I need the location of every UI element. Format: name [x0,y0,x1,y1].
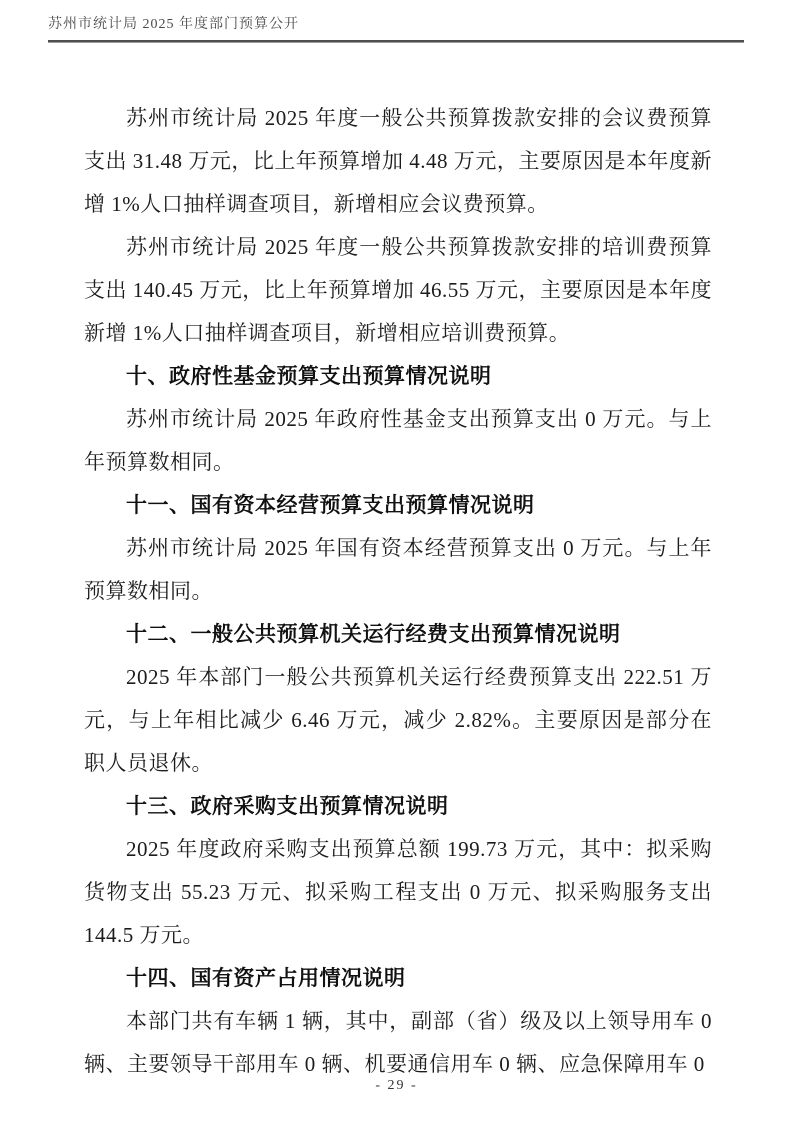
section-heading: 十、政府性基金预算支出预算情况说明 [84,355,712,398]
document-body: 苏州市统计局 2025 年度一般公共预算拨款安排的会议费预算支出 31.48 万… [84,97,712,1086]
body-paragraph: 苏州市统计局 2025 年政府性基金支出预算支出 0 万元。与上年预算数相同。 [84,398,712,484]
section-heading: 十三、政府采购支出预算情况说明 [84,785,712,828]
section-heading: 十一、国有资本经营预算支出预算情况说明 [84,484,712,527]
page-number: - 29 - [375,1078,417,1093]
page-header: 苏州市统计局 2025 年度部门预算公开 [48,13,745,33]
document-page: 苏州市统计局 2025 年度部门预算公开 苏州市统计局 2025 年度一般公共预… [0,0,793,1122]
body-paragraph: 苏州市统计局 2025 年度一般公共预算拨款安排的培训费预算支出 140.45 … [84,226,712,355]
header-rule [48,40,744,43]
section-heading: 十二、一般公共预算机关运行经费支出预算情况说明 [84,613,712,656]
body-paragraph: 本部门共有车辆 1 辆，其中，副部（省）级及以上领导用车 0 辆、主要领导干部用… [84,1000,712,1086]
body-paragraph: 2025 年本部门一般公共预算机关运行经费预算支出 222.51 万元，与上年相… [84,656,712,785]
page-header-title: 苏州市统计局 2025 年度部门预算公开 [48,17,299,32]
body-paragraph: 苏州市统计局 2025 年国有资本经营预算支出 0 万元。与上年预算数相同。 [84,527,712,613]
body-paragraph: 苏州市统计局 2025 年度一般公共预算拨款安排的会议费预算支出 31.48 万… [84,97,712,226]
page-footer: - 29 - [0,1076,793,1094]
body-paragraph: 2025 年度政府采购支出预算总额 199.73 万元，其中：拟采购货物支出 5… [84,828,712,957]
section-heading: 十四、国有资产占用情况说明 [84,957,712,1000]
